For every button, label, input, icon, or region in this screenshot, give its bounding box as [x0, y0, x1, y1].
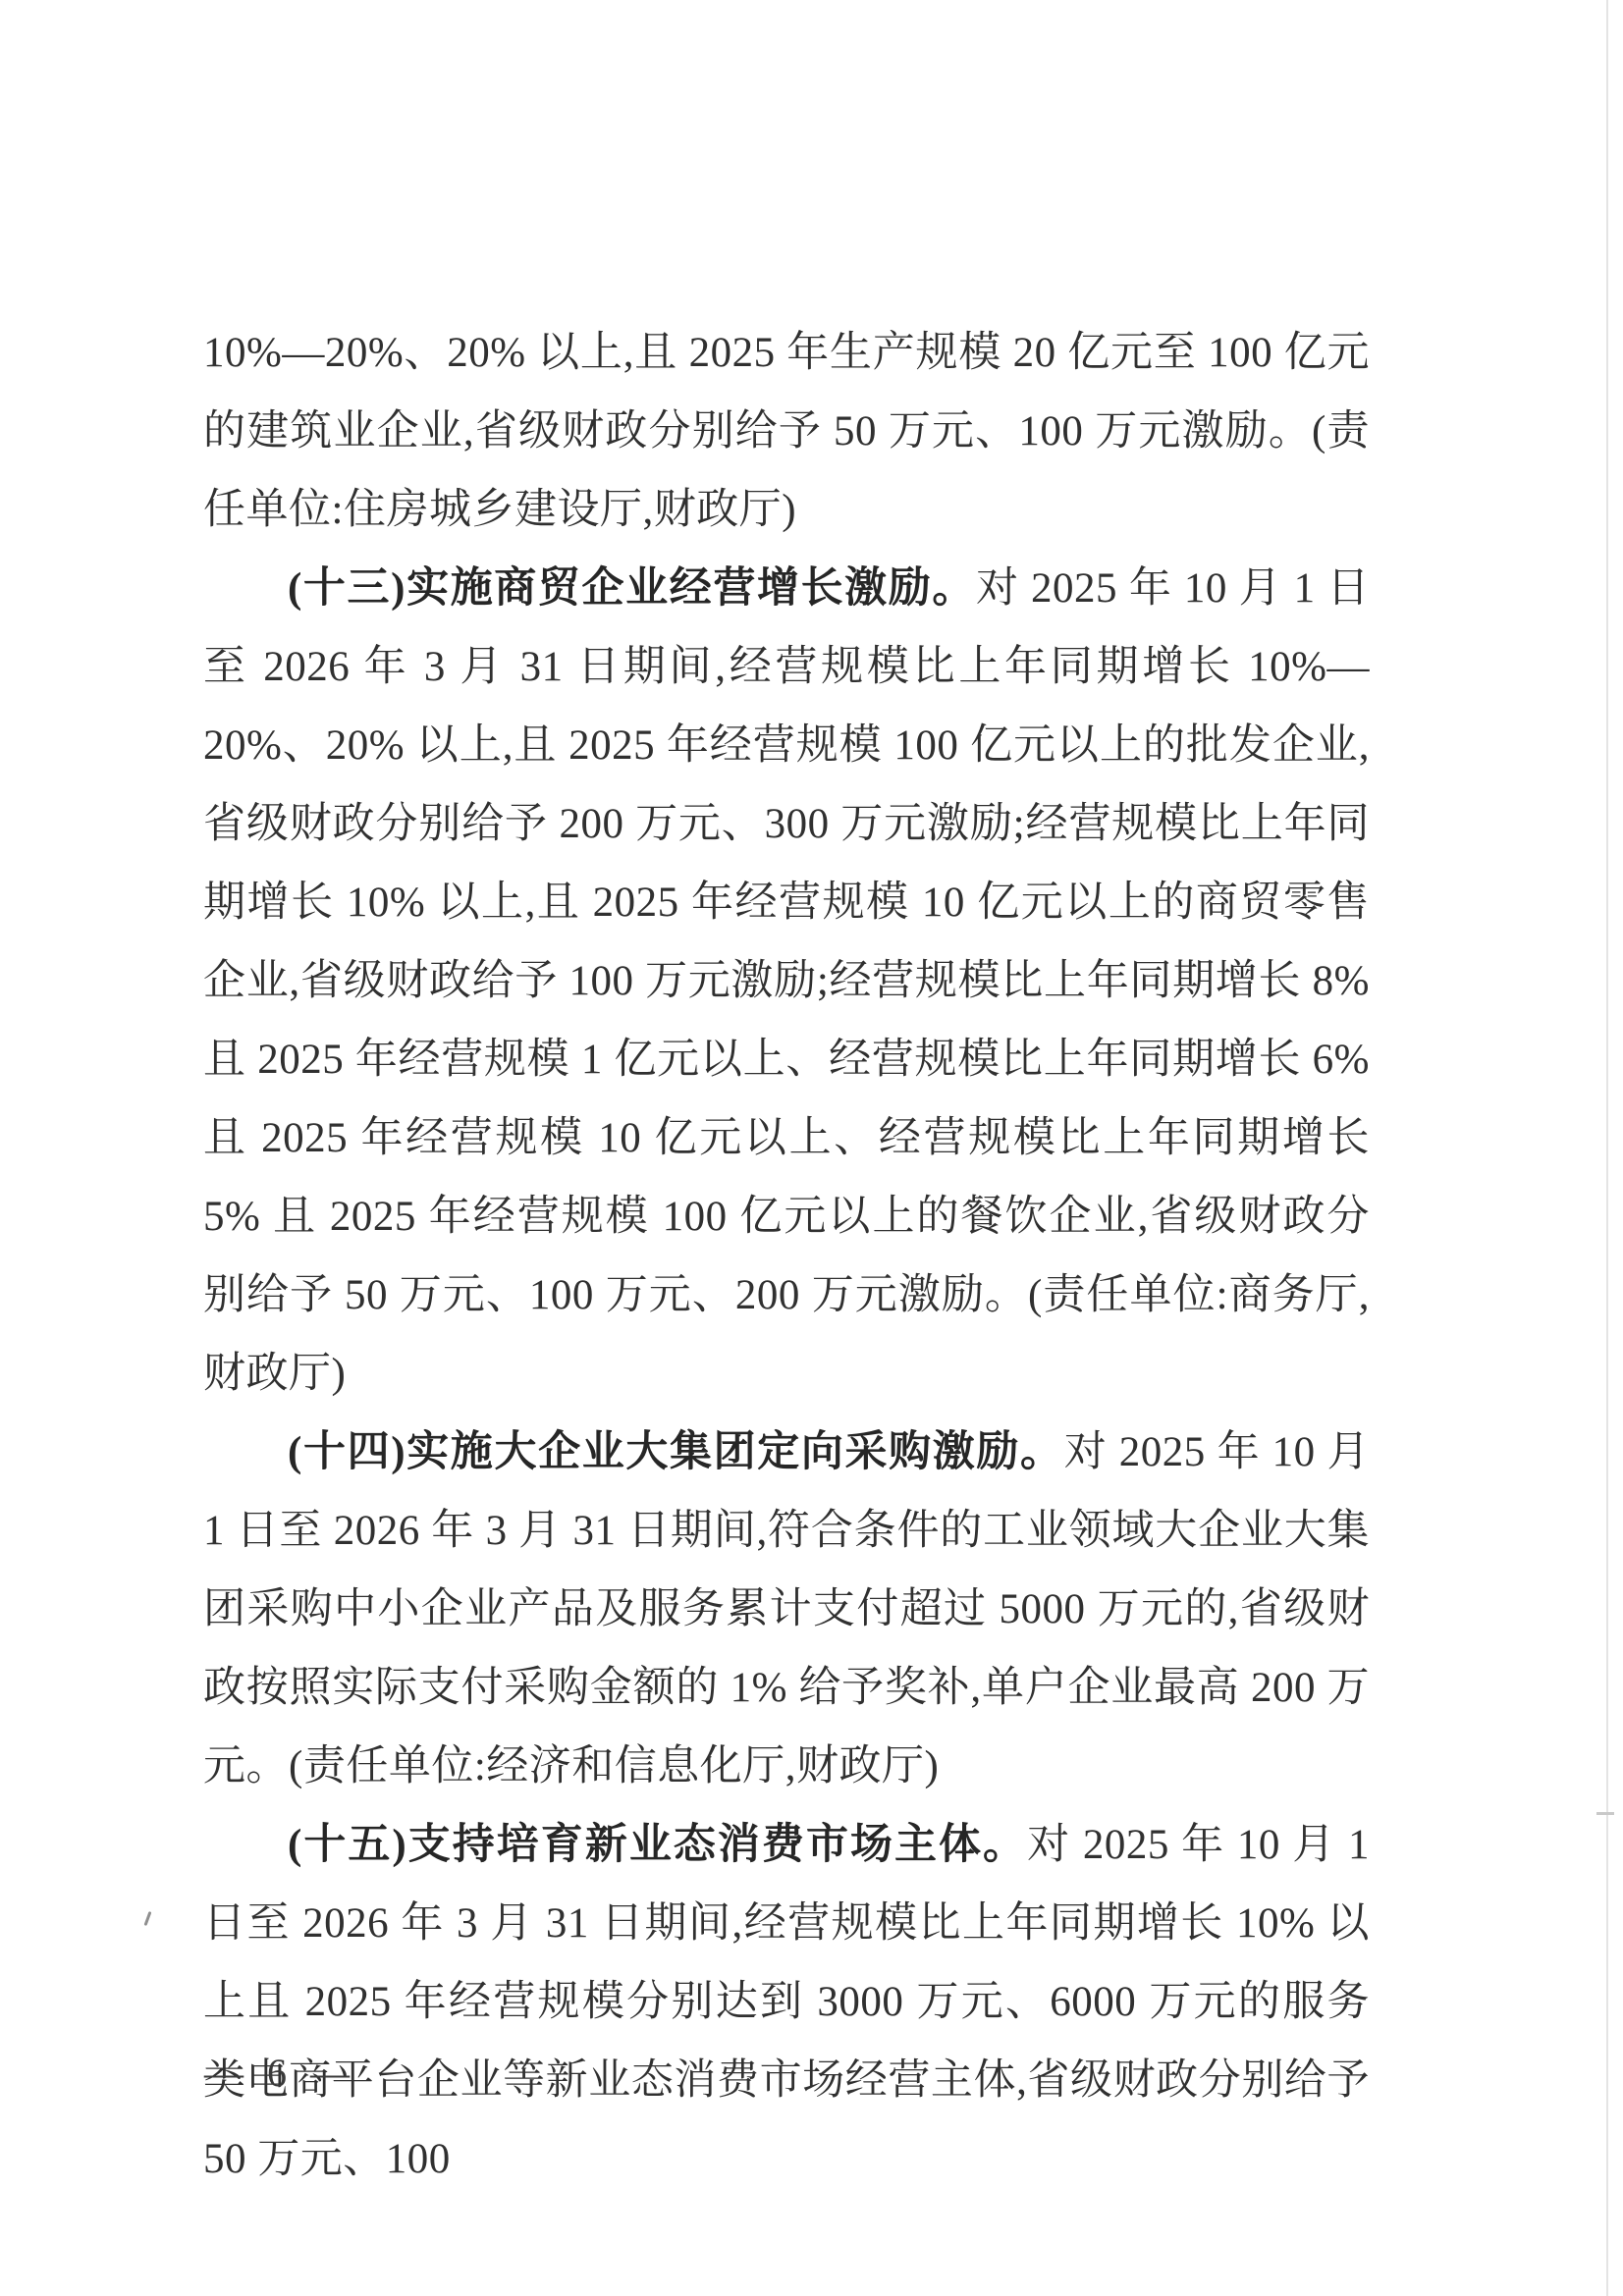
clause-13-heading: (十三)实施商贸企业经营增长激励。 [288, 565, 976, 612]
clause-15-body: 对 2025 年 10 月 1 日至 2026 年 3 月 31 日期间,经营规… [203, 1822, 1370, 2182]
scanned-document-page: 10%—20%、20% 以上,且 2025 年生产规模 20 亿元至 100 亿… [0, 0, 1623, 2296]
page-number: — 6 — [204, 2050, 356, 2096]
clause-14-body: 对 2025 年 10 月 1 日至 2026 年 3 月 31 日期间,符合条… [203, 1429, 1370, 1789]
paragraph-clause-14: (十四)实施大企业大集团定向采购激励。对 2025 年 10 月 1 日至 20… [203, 1414, 1370, 1806]
paragraph-clause-13: (十三)实施商贸企业经营增长激励。对 2025 年 10 月 1 日至 2026… [203, 550, 1370, 1414]
scan-edge-line [1606, 0, 1608, 2296]
paragraph-intro-continuation: 10%—20%、20% 以上,且 2025 年生产规模 20 亿元至 100 亿… [203, 314, 1370, 550]
clause-15-heading: (十五)支持培育新业态消费市场主体。 [288, 1822, 1027, 1868]
document-text-block: 10%—20%、20% 以上,且 2025 年生产规模 20 亿元至 100 亿… [203, 314, 1370, 2199]
clause-13-body: 对 2025 年 10 月 1 日至 2026 年 3 月 31 日期间,经营规… [203, 565, 1370, 1397]
clause-14-heading: (十四)实施大企业大集团定向采购激励。 [288, 1429, 1064, 1475]
scan-artifact-mark [144, 1911, 152, 1926]
scan-edge-tick [1596, 1812, 1614, 1815]
paragraph-intro-body: 10%—20%、20% 以上,且 2025 年生产规模 20 亿元至 100 亿… [203, 330, 1370, 533]
paragraph-clause-15: (十五)支持培育新业态消费市场主体。对 2025 年 10 月 1 日至 202… [203, 1806, 1370, 2199]
